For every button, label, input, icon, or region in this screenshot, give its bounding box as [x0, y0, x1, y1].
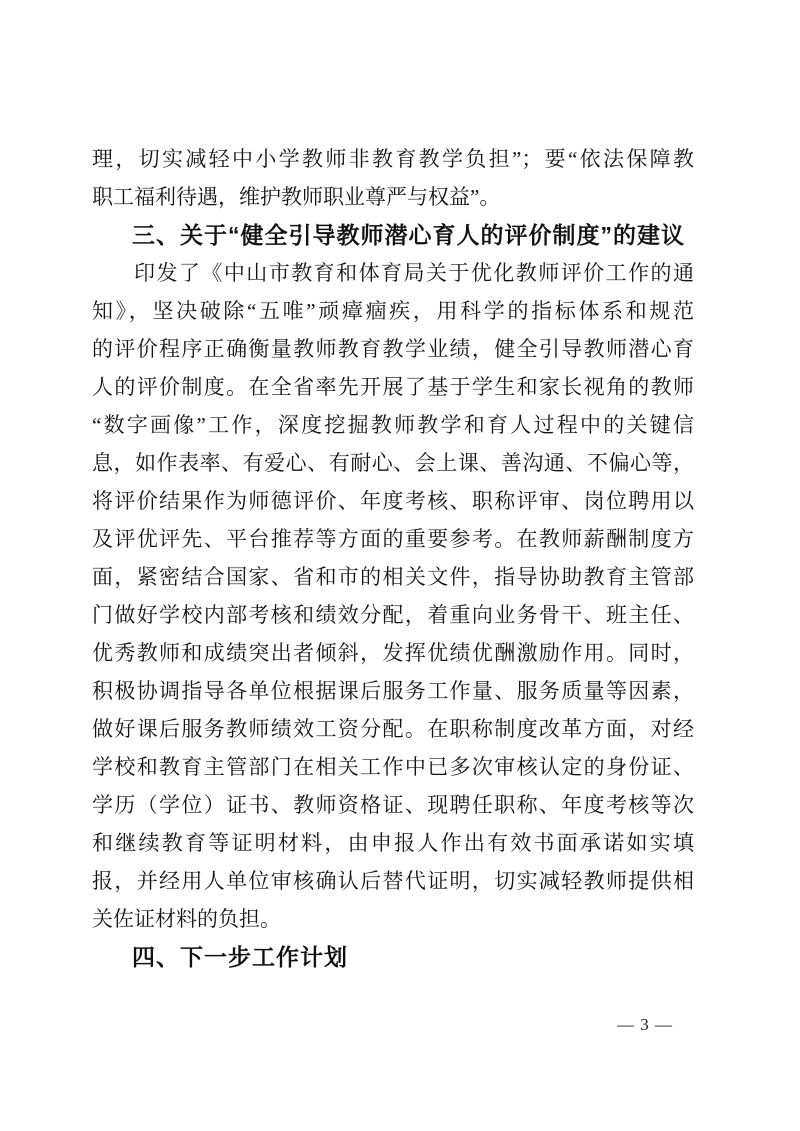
section-heading: 四、下一步工作计划 [92, 938, 694, 976]
text-line: 关佐证材料的负担。 [92, 900, 694, 938]
text-line: 学历（学位）证书、教师资格证、现聘任职称、年度考核等次 [92, 786, 694, 824]
text-line: 将评价结果作为师德评价、年度考核、职称评审、岗位聘用以 [92, 482, 694, 520]
text-line: 息，如作表率、有爱心、有耐心、会上课、善沟通、不偏心等， [92, 444, 694, 482]
document-page: 理，切实减轻中小学教师非教育教学负担”；要“依法保障教职工福利待遇，维护教师职业… [0, 0, 800, 1131]
text-line: 学校和教育主管部门在相关工作中已多次审核认定的身份证、 [92, 748, 694, 786]
text-line: 理，切实减轻中小学教师非教育教学负担”；要“依法保障教 [92, 140, 694, 178]
page-number: — 3 — [0, 1015, 800, 1035]
text-line: 报，并经用人单位审核确认后替代证明，切实减轻教师提供相 [92, 862, 694, 900]
text-line: “数字画像”工作，深度挖掘教师教学和育人过程中的关键信 [92, 406, 694, 444]
text-line: 做好课后服务教师绩效工资分配。在职称制度改革方面，对经 [92, 710, 694, 748]
text-line: 积极协调指导各单位根据课后服务工作量、服务质量等因素， [92, 672, 694, 710]
text-line: 职工福利待遇，维护教师职业尊严与权益”。 [92, 178, 694, 216]
section-heading: 三、关于“健全引导教师潜心育人的评价制度”的建议 [92, 216, 694, 254]
document-body: 理，切实减轻中小学教师非教育教学负担”；要“依法保障教职工福利待遇，维护教师职业… [92, 140, 694, 976]
text-line: 面，紧密结合国家、省和市的相关文件，指导协助教育主管部 [92, 558, 694, 596]
text-line: 及评优评先、平台推荐等方面的重要参考。在教师薪酬制度方 [92, 520, 694, 558]
text-line: 的评价程序正确衡量教师教育教学业绩，健全引导教师潜心育 [92, 330, 694, 368]
text-line: 印发了《中山市教育和体育局关于优化教师评价工作的通 [92, 254, 694, 292]
text-line: 和继续教育等证明材料，由申报人作出有效书面承诺如实填 [92, 824, 694, 862]
text-line: 知》，坚决破除“五唯”顽瘴痼疾，用科学的指标体系和规范 [92, 292, 694, 330]
text-line: 优秀教师和成绩突出者倾斜，发挥优绩优酬激励作用。同时， [92, 634, 694, 672]
text-line: 门做好学校内部考核和绩效分配，着重向业务骨干、班主任、 [92, 596, 694, 634]
text-line: 人的评价制度。在全省率先开展了基于学生和家长视角的教师 [92, 368, 694, 406]
